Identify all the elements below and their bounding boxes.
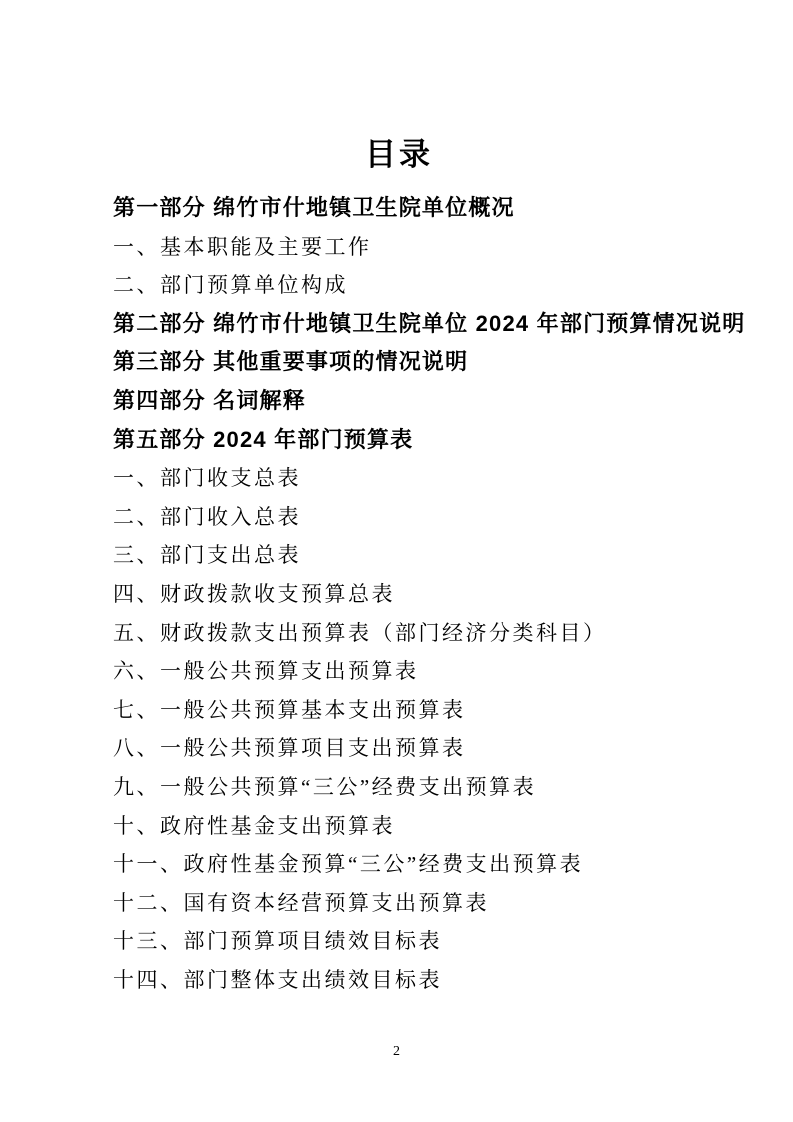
toc-entry: 四、财政拨款收支预算总表 bbox=[113, 575, 685, 614]
page-number: 2 bbox=[0, 1044, 793, 1060]
page-title: 目录 bbox=[113, 136, 685, 174]
toc-entry: 二、部门预算单位构成 bbox=[113, 266, 685, 305]
toc-entry: 三、部门支出总表 bbox=[113, 536, 685, 575]
toc-entry: 二、部门收入总表 bbox=[113, 498, 685, 537]
toc-entry: 五、财政拨款支出预算表（部门经济分类科目） bbox=[113, 614, 685, 653]
toc-entry: 八、一般公共预算项目支出预算表 bbox=[113, 729, 685, 768]
toc-entry: 十一、政府性基金预算“三公”经费支出预算表 bbox=[113, 845, 685, 884]
toc-entry: 十四、部门整体支出绩效目标表 bbox=[113, 961, 685, 1000]
table-of-contents: 第一部分 绵竹市什地镇卫生院单位概况 一、基本职能及主要工作 二、部门预算单位构… bbox=[113, 189, 685, 999]
toc-entry: 十、政府性基金支出预算表 bbox=[113, 807, 685, 846]
toc-entry: 九、一般公共预算“三公”经费支出预算表 bbox=[113, 768, 685, 807]
toc-entry-part-5: 第五部分 2024 年部门预算表 bbox=[113, 421, 685, 460]
toc-entry: 一、部门收支总表 bbox=[113, 459, 685, 498]
toc-entry: 一、基本职能及主要工作 bbox=[113, 228, 685, 267]
toc-entry-part-3: 第三部分 其他重要事项的情况说明 bbox=[113, 343, 685, 382]
document-page: 目录 第一部分 绵竹市什地镇卫生院单位概况 一、基本职能及主要工作 二、部门预算… bbox=[0, 0, 793, 1122]
toc-entry-part-2: 第二部分 绵竹市什地镇卫生院单位 2024 年部门预算情况说明 bbox=[113, 305, 685, 344]
toc-entry: 七、一般公共预算基本支出预算表 bbox=[113, 691, 685, 730]
toc-entry-part-1: 第一部分 绵竹市什地镇卫生院单位概况 bbox=[113, 189, 685, 228]
toc-entry: 十三、部门预算项目绩效目标表 bbox=[113, 922, 685, 961]
toc-entry-part-4: 第四部分 名词解释 bbox=[113, 382, 685, 421]
toc-entry: 六、一般公共预算支出预算表 bbox=[113, 652, 685, 691]
toc-entry: 十二、国有资本经营预算支出预算表 bbox=[113, 884, 685, 923]
